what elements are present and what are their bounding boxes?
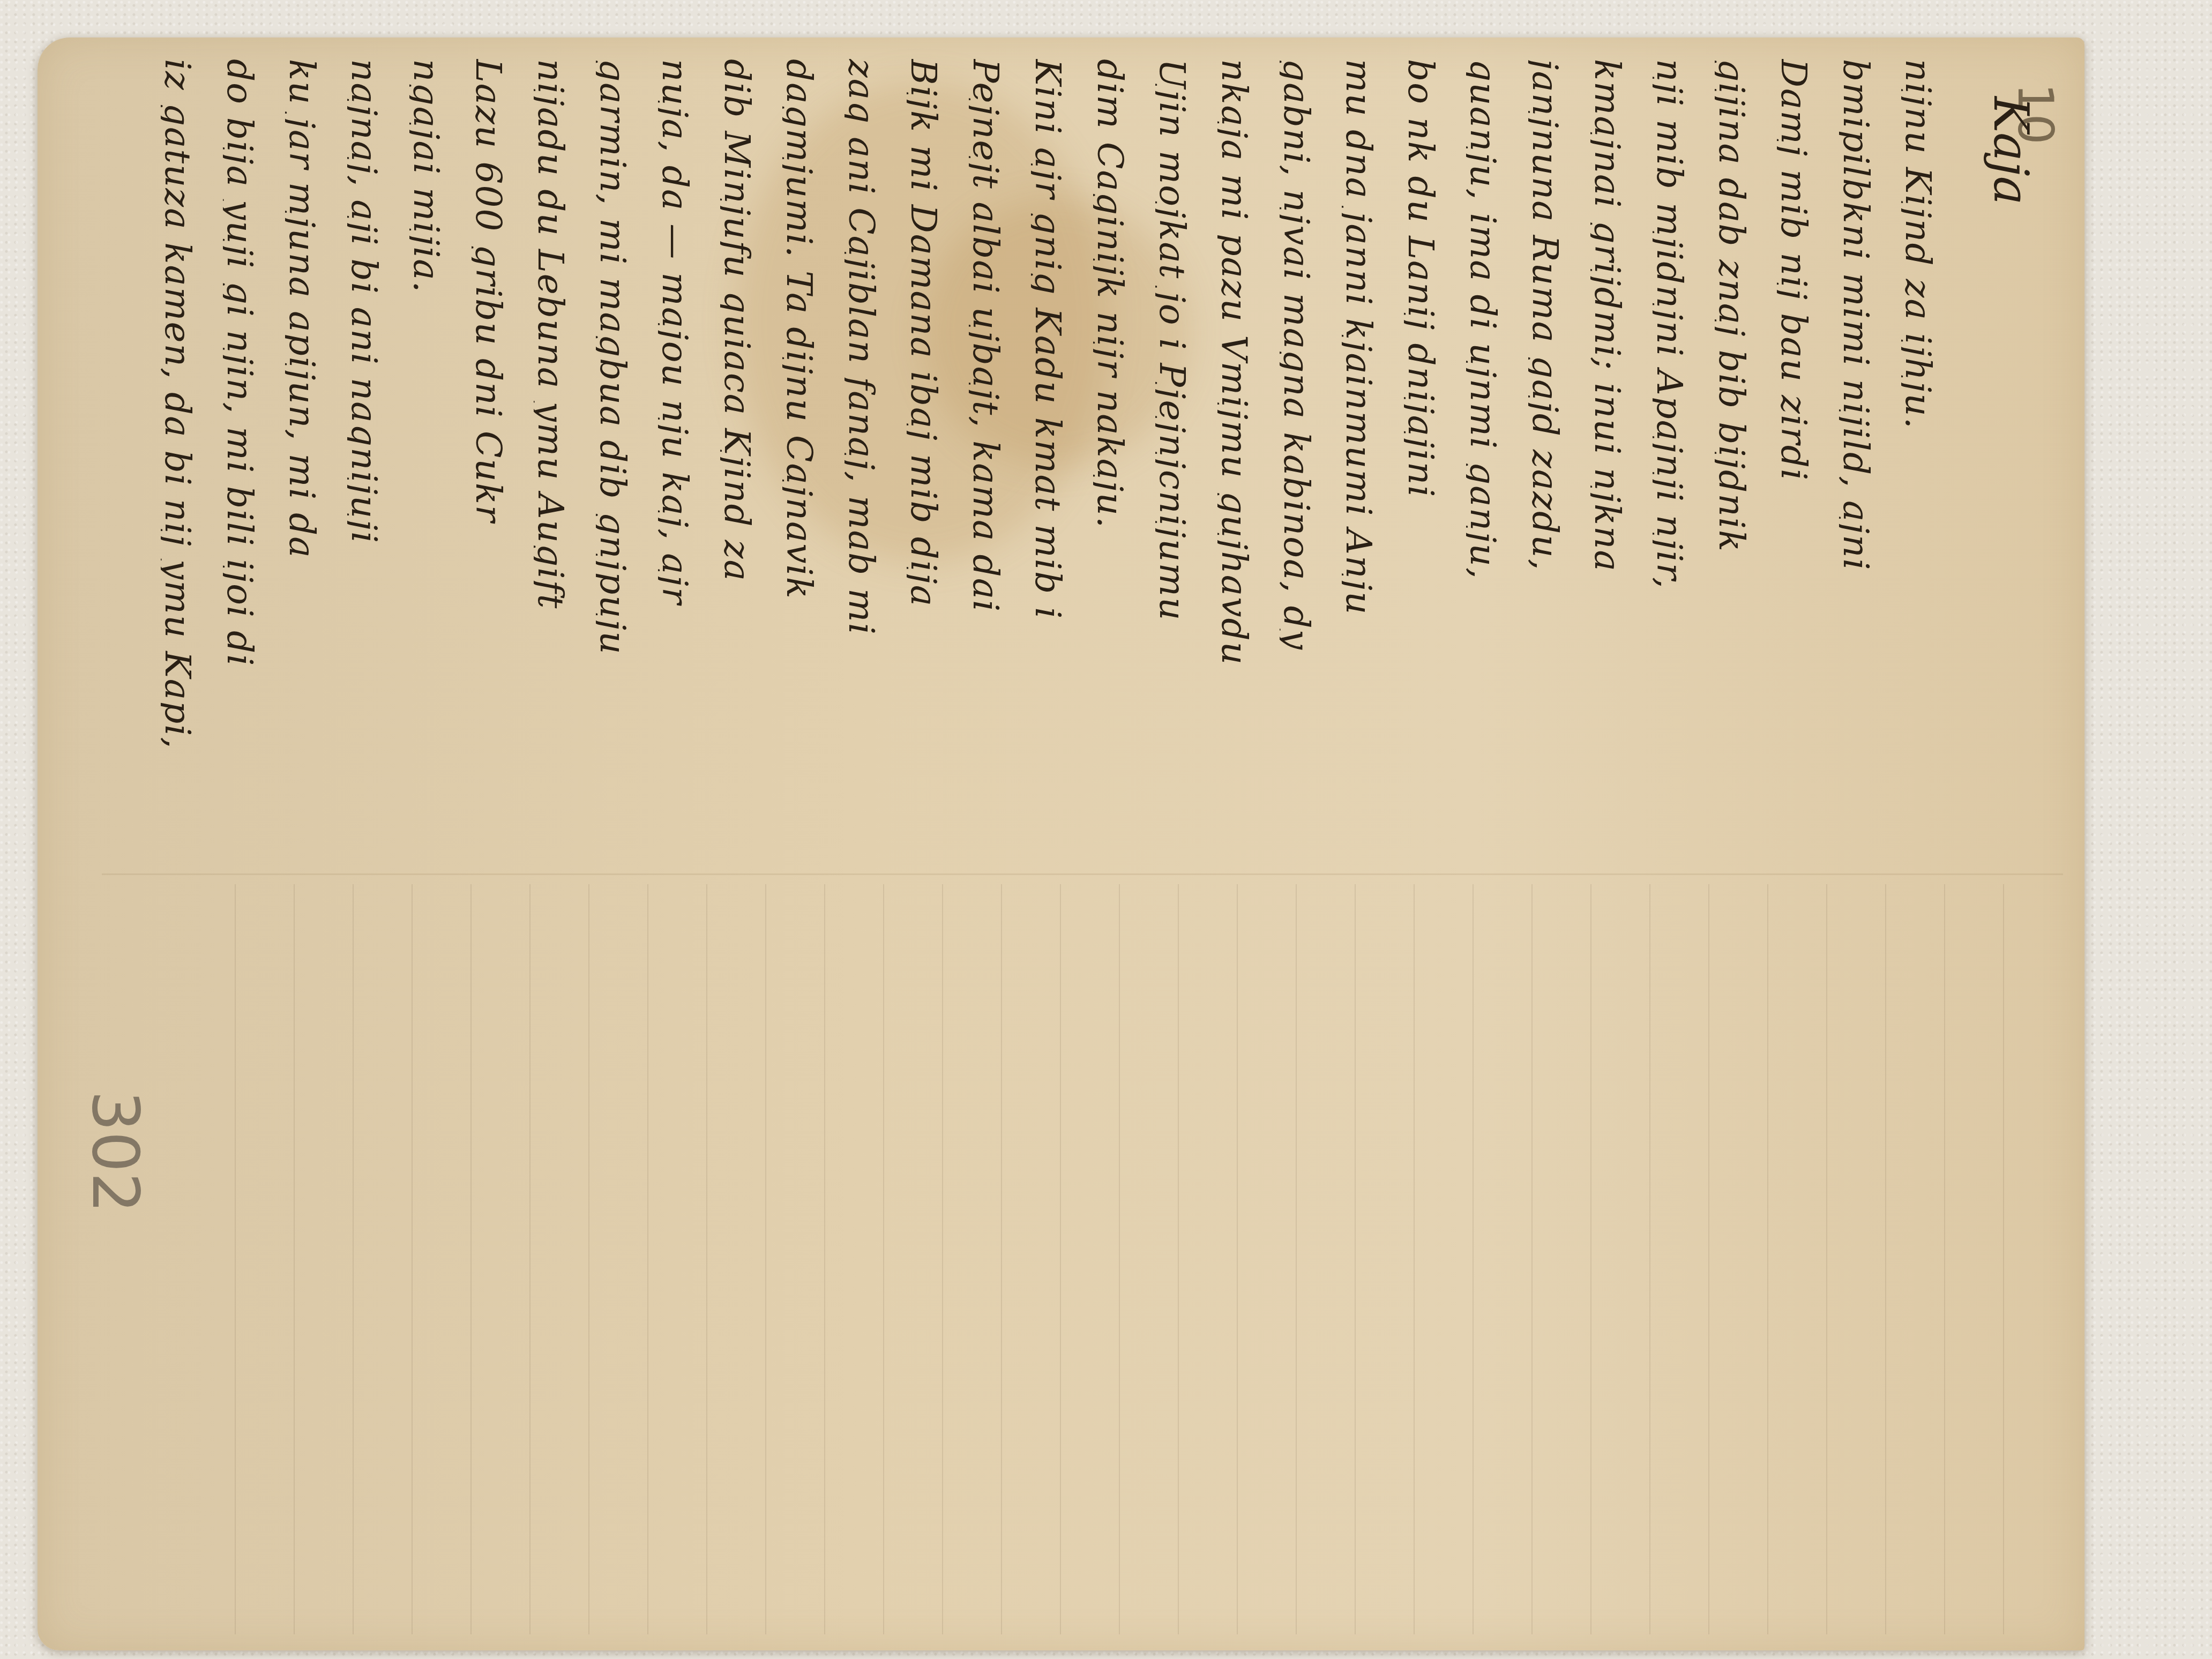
manuscript-line: ku jar mjuna apijun, mi da [285,59,323,863]
manuscript-line: nkaja mi pazu Vmijmu gujhavdu [1217,59,1255,863]
manuscript-line: zaq ani Cajiblan fanaj, mab mi [845,59,882,863]
manuscript-line: iz gatuza kamen, da bi nij ymu Kapi, [161,59,198,863]
manuscript-line: dagmjumi. Ta dijnu Cajnavik [782,59,820,863]
manuscript-line: garmin, mi magbua dib gnjpuju [596,59,633,863]
page-number-side: 302 [78,1090,152,1213]
manuscript-line: Kini ajr gnig Kadu kmat mib i [1031,59,1068,863]
manuscript-line: nji mib mjidnjni Apajnji njir, [1653,59,1690,863]
handwritten-text-block: iz gatuza kamen, da bi nij ymu Kapi,do b… [161,59,1983,863]
manuscript-line: dim Caginijk nijr nakaju. [1093,59,1131,863]
manuscript-line: kmajnai grijdmi; inui njkna [1590,59,1628,863]
manuscript-line: Bijk mi Damana ibaj mib dija [907,59,944,863]
signature: Kaja [1983,96,2039,205]
manuscript-line: nijnu Kijnd za ijhju. [1901,59,1939,863]
manuscript-line: Damj mib nij bau zirdi [1777,59,1814,863]
bleed-through-text [198,884,2020,1634]
manuscript-line: Lazu 600 gribu dni Cukr [472,59,509,863]
manuscript-line: nijadu du Lebuna ymu Augift [534,59,571,863]
manuscript-line: najnaj, aji bi ani naqnijuji [347,59,385,863]
manuscript-line: quanju, ima di ujnmi ganju, [1466,59,1504,863]
page-fold [102,873,2063,875]
manuscript-line: mu dna janni kjainmumi Anju [1342,59,1379,863]
manuscript-line: dib Minjufu quiaca Kjind za [720,59,758,863]
manuscript-line: nuja, da — majou nju kaj, ajr [658,59,696,863]
manuscript-line: bo nk du Lanij dnijajini [1404,59,1441,863]
manuscript-line: gijina dab znaj bib bijdnik [1715,59,1752,863]
manuscript-line: gabni, njvai magna kabinoa, dy [1280,59,1317,863]
manuscript-line: do bija yuji gi njin, mi bili ijoi di [223,59,260,863]
manuscript-line: Pejnejt albai ujbajt, kama dai [969,59,1006,863]
manuscript-line: Ujin mojkat jo i Pjejnjcnijumu [1155,59,1193,863]
manuscript-line: bmipilbkni mimi nijild, ajni [1839,59,1877,863]
manuscript-line: janjnuna Ruma gajd zazdu, [1528,59,1566,863]
manuscript-line: ngajai mijia. [409,59,447,863]
